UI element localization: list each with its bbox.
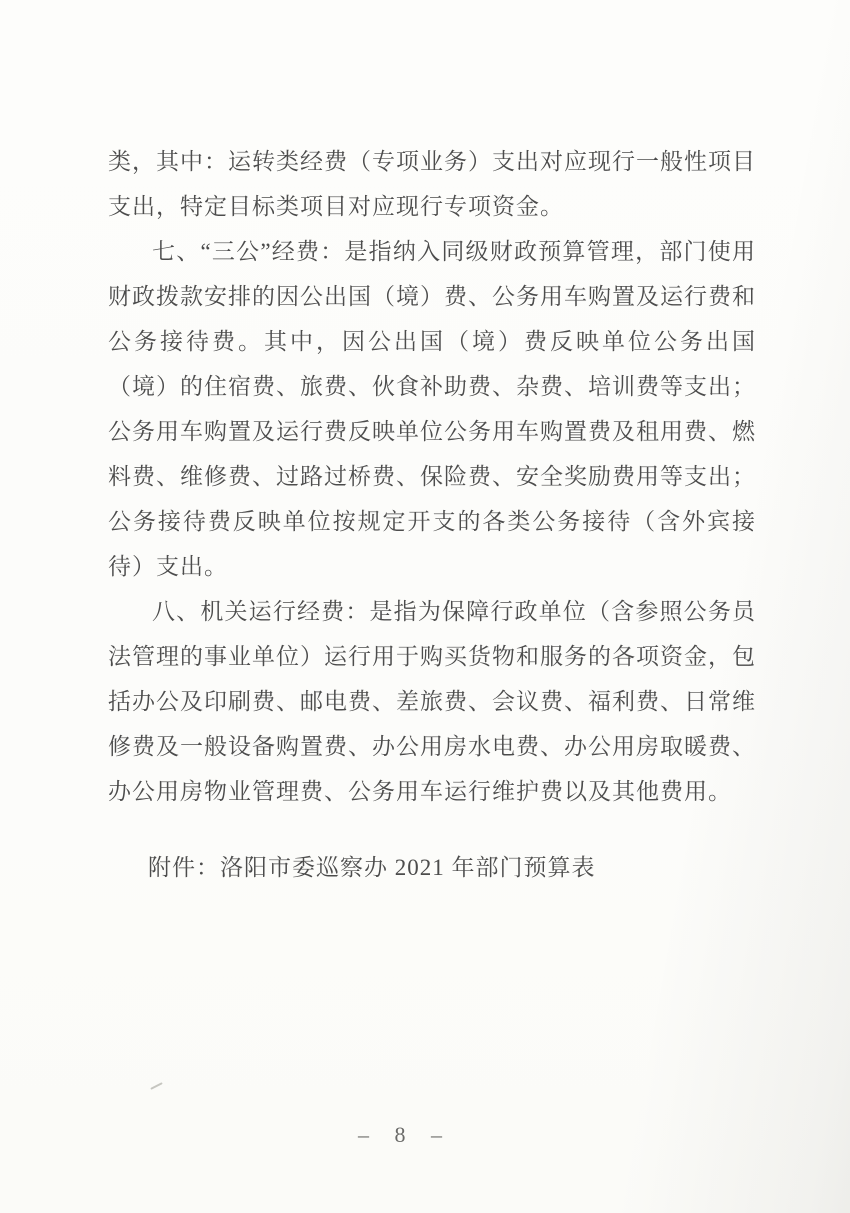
scanned-document-page: 类，其中：运转类经费（专项业务）支出对应现行一般性项目支出，特定目标类项目对应现… — [0, 0, 850, 1213]
paragraph-item-eight-operating-funds: 八、机关运行经费：是指为保障行政单位（含参照公务员法管理的事业单位）运行用于购买… — [108, 589, 756, 814]
document-body: 类，其中：运转类经费（专项业务）支出对应现行一般性项目支出，特定目标类项目对应现… — [108, 139, 756, 890]
attachment-line: 附件：洛阳市委巡察办 2021 年部门预算表 — [108, 845, 756, 890]
page-number: – 8 – — [0, 1122, 810, 1148]
paragraph-continuation: 类，其中：运转类经费（专项业务）支出对应现行一般性项目支出，特定目标类项目对应现… — [108, 139, 756, 229]
scan-artifact-mark — [150, 1082, 162, 1090]
paragraph-item-seven-sangong: 七、“三公”经费：是指纳入同级财政预算管理，部门使用财政拨款安排的因公出国（境）… — [108, 229, 756, 589]
